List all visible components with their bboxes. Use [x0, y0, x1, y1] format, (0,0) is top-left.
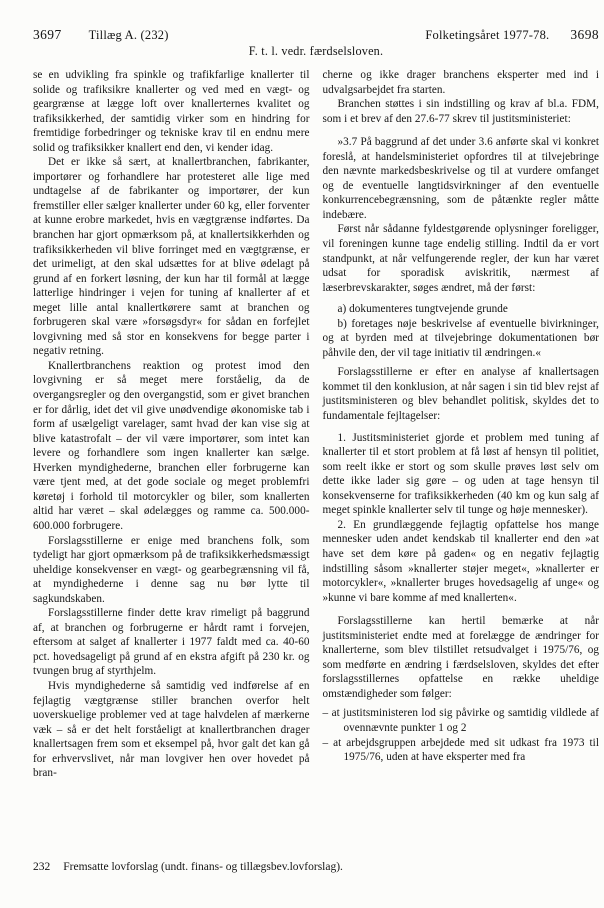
list-item-b: b) foretages nøje beskrivelse af eventue…	[323, 317, 600, 361]
paragraph: Forslagsstillerne er enige med branchens…	[33, 534, 310, 607]
dash-item: – at arbejdsgruppen arbejdede med sit ud…	[323, 736, 600, 765]
quote-paragraph: »3.7 På baggrund af det under 3.6 anført…	[323, 135, 600, 222]
paragraph: Hvis myndighederne så samtidig ved indfø…	[33, 679, 310, 781]
paragraph: Branchen støttes i sin indstilling og kr…	[323, 97, 600, 126]
page-number-right: 3698	[570, 28, 599, 42]
numbered-point-1: 1. Justitsministeriet gjorde et problem …	[323, 431, 600, 518]
left-column: se en udvikling fra spinkle og trafikfar…	[33, 68, 310, 781]
quote-paragraph: Først når sådanne fyldestgørende oplysni…	[323, 222, 600, 295]
list-item-a: a) dokumenteres tungtvejende grunde	[323, 302, 600, 317]
paragraph: cherne og ikke drager branchens eksperte…	[323, 68, 600, 97]
text-columns: se en udvikling fra spinkle og trafikfar…	[33, 68, 599, 781]
paragraph: Forslagsstillerne kan hertil bemærke at …	[323, 614, 600, 701]
document-subtitle: F. t. l. vedr. færdselsloven.	[33, 44, 599, 59]
volume-label: Tillæg A. (232)	[89, 28, 169, 42]
document-page: 3697 Tillæg A. (232) Folketingsåret 1977…	[0, 0, 604, 908]
right-column: cherne og ikke drager branchens eksperte…	[323, 68, 600, 781]
paragraph: Knallertbranchens reaktion og protest im…	[33, 359, 310, 534]
page-header: 3697 Tillæg A. (232) Folketingsåret 1977…	[33, 28, 599, 42]
footer-text: Fremsatte lovforslag (undt. finans- og t…	[63, 861, 343, 873]
paragraph: Forslagsstillerne finder dette krav rime…	[33, 606, 310, 679]
paragraph: Det er ikke så sært, at knallertbranchen…	[33, 155, 310, 359]
dash-item: – at justitsministeren lod sig påvirke o…	[323, 706, 600, 735]
paragraph: Forslagsstillerne er efter en analyse af…	[323, 365, 600, 423]
footer-section-number: 232	[33, 861, 50, 873]
page-footer: 232Fremsatte lovforslag (undt. finans- o…	[33, 860, 343, 874]
numbered-point-2: 2. En grundlæggende fejlagtig opfattelse…	[323, 518, 600, 605]
session-label: Folketingsåret 1977-78.	[425, 28, 549, 42]
page-number-left: 3697	[33, 28, 62, 42]
paragraph: se en udvikling fra spinkle og trafikfar…	[33, 68, 310, 155]
